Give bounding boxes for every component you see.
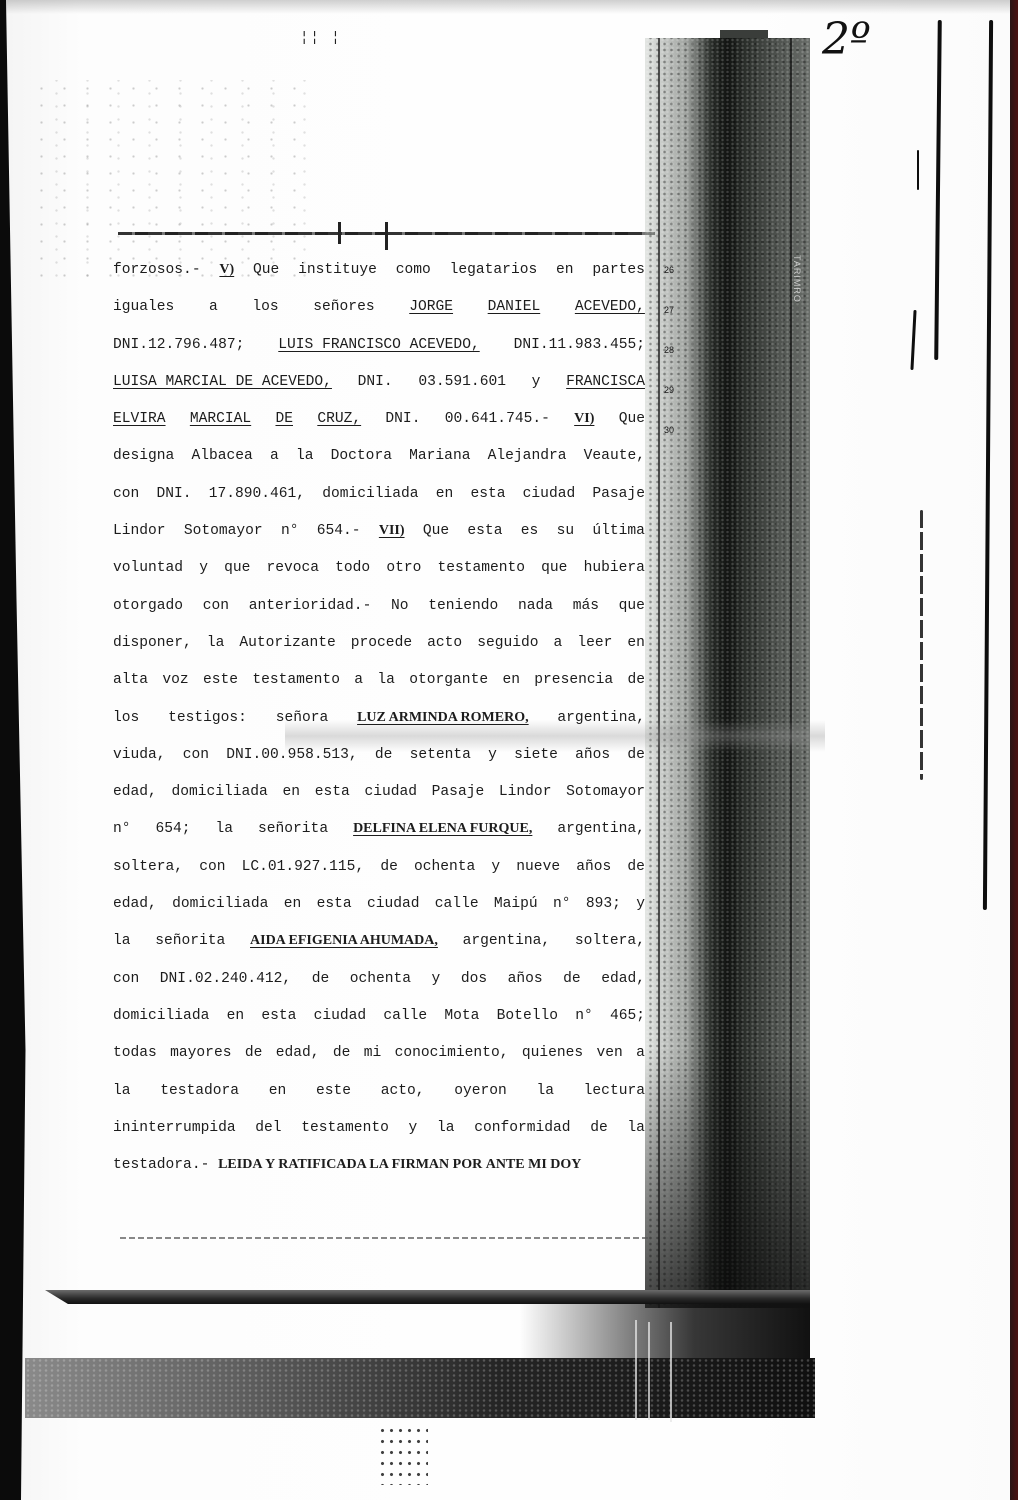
word: que xyxy=(541,554,567,591)
word: ciudad xyxy=(314,1002,367,1039)
word: ciudad xyxy=(523,480,576,517)
handwritten-page-number: 2º xyxy=(822,18,871,62)
underlined-name: DANIEL xyxy=(488,293,541,330)
word: del xyxy=(255,1114,281,1151)
word: No xyxy=(391,592,409,629)
word: nueve xyxy=(516,853,560,890)
word: ochenta xyxy=(414,853,475,890)
word: 654; xyxy=(156,815,191,852)
word: de xyxy=(333,1039,351,1076)
word: presencia xyxy=(534,666,613,703)
word: hubiera xyxy=(584,554,645,591)
word: conocimiento, xyxy=(395,1039,509,1076)
word: DNI.00.958.513, xyxy=(226,741,357,778)
word: edad, xyxy=(276,1039,320,1076)
word: Pasaje xyxy=(432,778,485,815)
word: calle xyxy=(383,1002,427,1039)
word: en xyxy=(436,480,454,517)
word: argentina, xyxy=(463,927,551,964)
word: su xyxy=(557,517,575,554)
text-line: soltera,conLC.01.927.115,deochentaynueve… xyxy=(113,853,645,890)
word: alta xyxy=(113,666,148,703)
word: DNI.11.983.455; xyxy=(514,331,645,368)
word: años xyxy=(576,853,611,890)
word: esta xyxy=(470,480,505,517)
word: señores xyxy=(313,293,374,330)
underlined-name: ELVIRA xyxy=(113,405,166,442)
right-scan-edge xyxy=(1010,0,1018,1500)
word: instituye xyxy=(298,256,377,293)
underlined-name: LUZ ARMINDA ROMERO, xyxy=(357,704,529,741)
word: 465; xyxy=(610,1002,645,1039)
word: domiciliada xyxy=(113,1002,209,1039)
word: seguido xyxy=(477,629,538,666)
text-line: altavozestetestamentoalaotorganteenprese… xyxy=(113,666,645,703)
word: DNI. xyxy=(358,368,393,405)
word: Doctora xyxy=(331,442,392,479)
word: domiciliada xyxy=(171,778,267,815)
word: Mariana xyxy=(409,442,470,479)
word: Sotomayor xyxy=(184,517,263,554)
word: quienes xyxy=(522,1039,583,1076)
word: de xyxy=(627,853,645,890)
word: 17.890.461, xyxy=(209,480,305,517)
word: y xyxy=(409,1114,418,1151)
word: RATIFICADA xyxy=(278,1151,369,1188)
word: Y xyxy=(265,1151,278,1188)
word: y xyxy=(636,890,645,927)
word: lectura xyxy=(584,1077,645,1114)
word: con xyxy=(113,480,139,517)
underlined-name: FRANCISCA xyxy=(566,368,645,405)
word: la xyxy=(207,629,225,666)
word: voluntad xyxy=(113,554,183,591)
word: en xyxy=(227,1002,245,1039)
word: a xyxy=(209,293,218,330)
text-line: igualesalosseñoresJORGEDANIELACEVEDO, xyxy=(113,293,645,330)
text-line: laseñoritaAIDA EFIGENIA AHUMADA,argentin… xyxy=(113,927,645,964)
word: mi xyxy=(364,1039,382,1076)
word: de xyxy=(380,853,398,890)
bottom-thick-bar xyxy=(25,1358,815,1418)
word: es xyxy=(521,517,539,554)
word: años xyxy=(575,741,610,778)
header-marks: ¦¦ ¦ xyxy=(300,30,342,46)
text-line: latestadoraenesteacto,oyeronlalectura xyxy=(113,1077,645,1114)
word: más xyxy=(573,592,599,629)
word: 00.641.745.- xyxy=(445,405,550,442)
word: de xyxy=(590,1114,608,1151)
text-line: edad,domiciliadaenestaciudadcalleMaipún°… xyxy=(113,890,645,927)
word: dos xyxy=(461,965,487,1002)
word: LA xyxy=(369,1151,391,1188)
stamp-text: TARIMRO xyxy=(792,255,802,303)
band-rule xyxy=(658,38,660,1308)
word: DNI.02.240.412, xyxy=(160,965,291,1002)
text-line: viuda,conDNI.00.958.513,desetentaysietea… xyxy=(113,741,645,778)
word: POR xyxy=(453,1151,486,1188)
word: de xyxy=(563,965,581,1002)
word: testadora xyxy=(160,1077,239,1114)
text-line: n°654;laseñoritaDELFINA ELENA FURQUE,arg… xyxy=(113,815,645,852)
word: la xyxy=(113,927,131,964)
word: de xyxy=(627,741,645,778)
word: en xyxy=(502,666,520,703)
word: ven xyxy=(597,1039,623,1076)
word: edad, xyxy=(601,965,645,1002)
word: todas xyxy=(113,1039,157,1076)
word: ininterrumpida xyxy=(113,1114,236,1151)
text-line: LUISA MARCIAL DE ACEVEDO,DNI.03.591.601y… xyxy=(113,368,645,405)
word: oyeron xyxy=(454,1077,507,1114)
word: soltera, xyxy=(113,853,183,890)
margin-line-number: 30 xyxy=(664,425,674,435)
pen-stroke xyxy=(917,150,919,190)
word: domiciliada xyxy=(172,890,268,927)
word: la xyxy=(437,1114,455,1151)
ink-dots xyxy=(378,1425,428,1485)
word: en xyxy=(283,778,301,815)
word: de xyxy=(312,965,330,1002)
testament-text-block: forzosos.-V)Queinstituyecomolegatariosen… xyxy=(113,256,645,1188)
word: revoca xyxy=(266,554,319,591)
word: iguales xyxy=(113,293,174,330)
underlined-name: V) xyxy=(219,256,234,293)
word: procede xyxy=(351,629,412,666)
scratch-mark xyxy=(635,1320,637,1420)
word: a xyxy=(354,666,363,703)
word: Botello xyxy=(497,1002,558,1039)
word: 654.- xyxy=(317,517,361,554)
word: ochenta xyxy=(350,965,411,1002)
underlined-name: DE xyxy=(275,405,293,442)
word: esta xyxy=(261,1002,296,1039)
word: la xyxy=(627,1114,645,1151)
text-line: DNI.12.796.487;LUIS FRANCISCO ACEVEDO,DN… xyxy=(113,331,645,368)
word: Mota xyxy=(444,1002,479,1039)
underlined-name: VII) xyxy=(379,517,405,554)
word: 893; xyxy=(586,890,621,927)
underlined-name: AIDA EFIGENIA AHUMADA, xyxy=(250,927,438,964)
band-rule xyxy=(790,38,792,1308)
word: última xyxy=(592,517,645,554)
margin-line-number: 27 xyxy=(664,305,674,315)
word: edad, xyxy=(113,890,157,927)
word: Sotomayor xyxy=(566,778,645,815)
word: que xyxy=(619,592,645,629)
underlined-name: JORGE xyxy=(409,293,453,330)
word: legatarios xyxy=(450,256,538,293)
word: años xyxy=(508,965,543,1002)
word: Que xyxy=(619,405,645,442)
word: los xyxy=(252,293,278,330)
text-line: todasmayoresdeedad,demiconocimiento,quie… xyxy=(113,1039,645,1076)
word: LEIDA xyxy=(218,1151,265,1188)
word: con xyxy=(199,853,225,890)
word: otorgado xyxy=(113,592,183,629)
word: con xyxy=(203,592,229,629)
word: y xyxy=(199,554,208,591)
scratch-mark xyxy=(670,1322,672,1422)
word: Veaute, xyxy=(584,442,645,479)
text-line: edad,domiciliadaenestaciudadPasajeLindor… xyxy=(113,778,645,815)
word: este xyxy=(203,666,238,703)
word: DNI.12.796.487; xyxy=(113,331,244,368)
frame-tick xyxy=(338,222,341,244)
word: de xyxy=(245,1039,263,1076)
word: calle xyxy=(435,890,479,927)
word: argentina, xyxy=(557,704,645,741)
word: n° xyxy=(113,815,131,852)
word: la xyxy=(296,442,314,479)
word: conformidad xyxy=(474,1114,570,1151)
margin-line-number: 26 xyxy=(664,265,674,275)
word: y xyxy=(532,368,541,405)
bottom-thin-bar xyxy=(45,1290,810,1304)
underlined-name: VI) xyxy=(574,405,594,442)
word: leer xyxy=(577,629,612,666)
word: esta xyxy=(467,517,502,554)
word: a xyxy=(270,442,279,479)
word: en xyxy=(627,629,645,666)
word: ciudad xyxy=(364,778,417,815)
text-line: forzosos.-V)Queinstituyecomolegatariosen… xyxy=(113,256,645,293)
word: la xyxy=(113,1077,131,1114)
word: FIRMAN xyxy=(392,1151,453,1188)
word: Alejandra xyxy=(488,442,567,479)
text-line: lostestigos:señoraLUZ ARMINDA ROMERO,arg… xyxy=(113,704,645,741)
word: la xyxy=(377,666,395,703)
word: partes xyxy=(592,256,645,293)
word: y xyxy=(432,965,441,1002)
word: n° xyxy=(553,890,571,927)
text-line: conDNI.17.890.461,domiciliadaenestaciuda… xyxy=(113,480,645,517)
word: acto, xyxy=(381,1077,425,1114)
word: testamento xyxy=(437,554,525,591)
underlined-name: DELFINA ELENA FURQUE, xyxy=(353,815,532,852)
word: en xyxy=(269,1077,287,1114)
word: testamento xyxy=(301,1114,389,1151)
underlined-name: MARCIAL xyxy=(190,405,251,442)
underlined-name: ACEVEDO, xyxy=(575,293,645,330)
margin-line-number: 29 xyxy=(664,385,674,395)
text-line: designaAlbaceaalaDoctoraMarianaAlejandra… xyxy=(113,442,645,479)
word: con xyxy=(113,965,139,1002)
word: forzosos.- xyxy=(113,256,201,293)
word: que xyxy=(224,554,250,591)
word: Que xyxy=(253,256,279,293)
word: teniendo xyxy=(428,592,498,629)
word: Albacea xyxy=(192,442,253,479)
word: y xyxy=(491,853,500,890)
word: designa xyxy=(113,442,174,479)
word: argentina, xyxy=(557,815,645,852)
word: a xyxy=(554,629,563,666)
word: MI xyxy=(528,1151,550,1188)
word: señorita xyxy=(258,815,328,852)
word: otro xyxy=(386,554,421,591)
text-line: testadora.- LEIDA Y RATIFICADA LA FIRMAN… xyxy=(113,1151,645,1188)
margin-line-number: 28 xyxy=(664,345,674,355)
word: 03.591.601 xyxy=(418,368,506,405)
word: anterioridad.- xyxy=(249,592,372,629)
text-line: domiciliadaenestaciudadcalleMotaBotellon… xyxy=(113,1002,645,1039)
word: con xyxy=(183,741,209,778)
word: la xyxy=(216,815,234,852)
underlined-name: LUIS FRANCISCO ACEVEDO, xyxy=(278,331,479,368)
word: soltera, xyxy=(575,927,645,964)
frame-tick xyxy=(385,222,388,250)
word: Que xyxy=(423,517,449,554)
text-line: LindorSotomayorn°654.-VII)Queestaessuúlt… xyxy=(113,517,645,554)
word: LC.01.927.115, xyxy=(242,853,365,890)
word: ANTE xyxy=(486,1151,528,1188)
text-line: ELVIRAMARCIALDECRUZ,DNI.00.641.745.-VI)Q… xyxy=(113,405,645,442)
word: n° xyxy=(281,517,299,554)
scratch-mark xyxy=(648,1322,650,1420)
word: viuda, xyxy=(113,741,166,778)
underlined-name: CRUZ, xyxy=(317,405,361,442)
word: domiciliada xyxy=(322,480,418,517)
word: todo xyxy=(335,554,370,591)
word: Maipú xyxy=(494,890,538,927)
top-scan-shadow xyxy=(0,0,1018,14)
word: en xyxy=(556,256,574,293)
underlined-name: LUISA MARCIAL DE ACEVEDO, xyxy=(113,368,332,405)
word: edad, xyxy=(113,778,157,815)
word: testamento xyxy=(252,666,340,703)
word: a xyxy=(636,1039,645,1076)
word: DNI. xyxy=(385,405,420,442)
pen-stroke-dashed xyxy=(920,510,923,780)
word: acto xyxy=(427,629,462,666)
word: ciudad xyxy=(367,890,420,927)
text-line: voluntadyquerevocatodootrotestamentoqueh… xyxy=(113,554,645,591)
word: como xyxy=(396,256,431,293)
toner-speckle xyxy=(30,80,310,280)
word: Lindor xyxy=(499,778,552,815)
word: la xyxy=(536,1077,554,1114)
text-line: disponer,laAutorizanteprocedeactoseguido… xyxy=(113,629,645,666)
word: los xyxy=(113,704,139,741)
word: esta xyxy=(315,778,350,815)
word: Autorizante xyxy=(239,629,335,666)
word: otorgante xyxy=(409,666,488,703)
word: Pasaje xyxy=(592,480,645,517)
binding-shadow-band xyxy=(645,38,810,1308)
text-line: conDNI.02.240.412,deochentaydosañosdeeda… xyxy=(113,965,645,1002)
bottom-shadow xyxy=(520,1300,810,1360)
word: y xyxy=(488,741,497,778)
word: señorita xyxy=(155,927,225,964)
word: señora xyxy=(276,704,329,741)
word: n° xyxy=(575,1002,593,1039)
word: este xyxy=(316,1077,351,1114)
word: siete xyxy=(514,741,558,778)
text-line: ininterrumpidadeltestamentoylaconformida… xyxy=(113,1114,645,1151)
word: disponer, xyxy=(113,629,192,666)
bottom-dashed-rule xyxy=(120,1237,650,1239)
text-line: otorgadoconanterioridad.-Noteniendonadam… xyxy=(113,592,645,629)
word: de xyxy=(375,741,393,778)
word: de xyxy=(627,666,645,703)
word: testigos: xyxy=(168,704,247,741)
word: DNI. xyxy=(156,480,191,517)
word: DOY xyxy=(550,1151,581,1188)
word: nada xyxy=(518,592,553,629)
word: voz xyxy=(162,666,188,703)
word: testadora.- xyxy=(113,1151,218,1188)
word: esta xyxy=(317,890,352,927)
word: mayores xyxy=(170,1039,231,1076)
word: en xyxy=(284,890,302,927)
word: setenta xyxy=(410,741,471,778)
word: Lindor xyxy=(113,517,166,554)
